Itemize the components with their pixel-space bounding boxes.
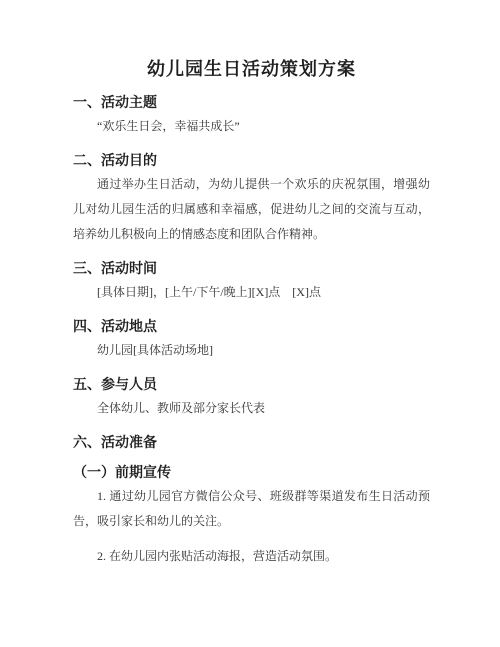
document-page: 幼儿园生日活动策划方案 一、活动主题 “欢乐生日会，幸福共成长” 二、活动目的 … [0, 0, 500, 647]
section-heading-2-activity-purpose: 二、活动目的 [73, 150, 430, 170]
section-heading-5-participants: 五、参与人员 [73, 374, 430, 394]
section-heading-6-activity-preparation: 六、活动准备 [73, 432, 430, 452]
section-body-4-location-placeholder: 幼儿园[具体活动场地] [73, 338, 430, 363]
section-body-5-participants-list: 全体幼儿、教师及部分家长代表 [73, 396, 430, 421]
section-body-3-time-placeholder: [具体日期]，[上午/下午/晚上][X]点 [X]点 [73, 280, 430, 305]
section-body-2-purpose-paragraph: 通过举办生日活动，为幼儿提供一个欢乐的庆祝氛围，增强幼儿对幼儿园生活的归属感和幸… [73, 172, 430, 247]
section-body-1-theme-slogan: “欢乐生日会，幸福共成长” [73, 114, 430, 139]
section-heading-4-activity-location: 四、活动地点 [73, 316, 430, 336]
document-title: 幼儿园生日活动策划方案 [73, 58, 430, 80]
section-heading-1-activity-theme: 一、活动主题 [73, 92, 430, 112]
subsection-heading-early-publicity: （一）前期宣传 [73, 462, 430, 482]
list-item-publicity-2: 2. 在幼儿园内张贴活动海报，营造活动氛围。 [73, 544, 430, 569]
section-heading-3-activity-time: 三、活动时间 [73, 258, 430, 278]
list-item-publicity-1: 1. 通过幼儿园官方微信公众号、班级群等渠道发布生日活动预告，吸引家长和幼儿的关… [73, 484, 430, 534]
